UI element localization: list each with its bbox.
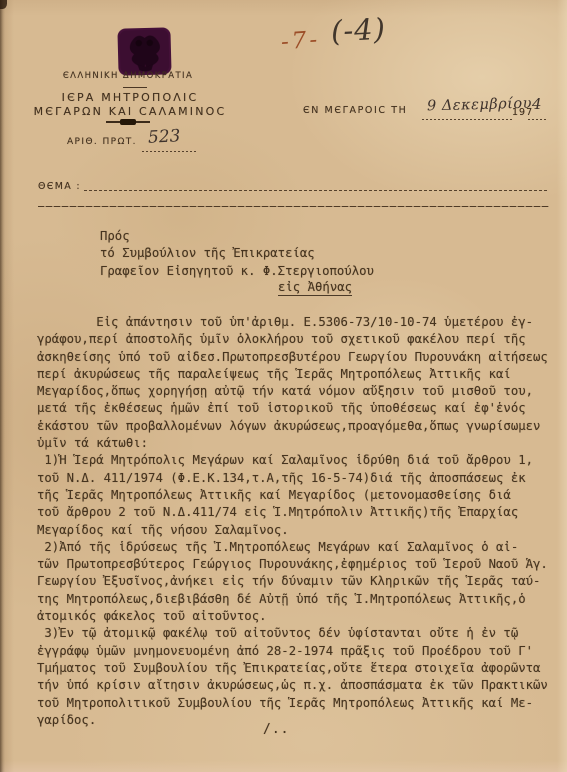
place-date-label: ЄΝ ΜЄΓΑΡΟΙC ΤΗ <box>303 105 407 116</box>
body-line: Μεγαρίδος,ὅπως χορηγήσῃ αὐτῷ τήν κατά νό… <box>37 383 561 400</box>
horizontal-rule <box>38 206 549 207</box>
body-line: τῆς Ἱερᾶς Μητροπόλεως Ἀττικῆς καί Μεγαρί… <box>37 487 561 504</box>
body-line: γράφου,περί ἀποστολῆς ὑμῖν ὁλοκλήρου τοῦ… <box>37 331 561 348</box>
body-line: περί ἀκυρώσεως τῆς παραλείψεως τῆς Ἱερᾶς… <box>37 366 561 383</box>
year-digit-handwritten: 4 <box>532 95 542 113</box>
body-line: της Μητροπόλεως,διεβιβάσθη δέ Αὐτῇ ὑπό τ… <box>37 591 561 608</box>
body-line: τοῦ ἄρθρου 2 τοῦ Ν.Δ.411/74 εἰς Ἱ.Μητρόπ… <box>37 504 561 521</box>
body-line: 3)Ἐν τῷ ἀτομικῷ φακέλῳ τοῦ αἰτοῦντος δέν… <box>37 625 561 642</box>
metropolis-title-line1: ΙЄΡΑ ΜΗΤΡΟΠΟΛΙC <box>38 91 222 104</box>
protocol-dotted-line <box>142 151 196 152</box>
recipient-line: τό Συμβούλιον τῆς Ἐπικρατείας <box>100 245 374 262</box>
recipient-city: εἰς Ἀθήνας <box>278 280 352 296</box>
body-line: ἐγγράφῳ ὑμῶν μνημονευομένη ἀπό 28-2-1974… <box>37 643 561 660</box>
recipient-line: Γραφεῖον Εἰσηγητοῦ κ. Φ.Στεργιοπούλου <box>100 263 374 280</box>
body-line: ὑμῖν τά κάτωθι: <box>37 435 561 452</box>
year-printed: 197 <box>512 107 533 118</box>
protocol-number-label: ΑΡΙΘ. ΠΡΩΤ. <box>67 137 137 147</box>
body-line: μετά τῆς ἐκθέσεως ἡμῶν ἐπί τοῦ ἱστορικοῦ… <box>37 400 561 417</box>
date-dotted-line <box>422 119 512 120</box>
body-line: τοῦ Μητροπολιτικοῦ Συμβουλίου τῆς Ἱερᾶς … <box>37 695 561 712</box>
body-line: τήν ὑπό κρίσιν αἴτησιν ἀκυρώσεως,ὡς π.χ.… <box>37 677 561 694</box>
body-line: Τμήματος τοῦ Συμβουλίου τῆς Ἐπικρατείας,… <box>37 660 561 677</box>
republic-title: ЄΛΛΗΝΙΚΗ ΔΗΜΟΚΡΑΤΙΑ <box>62 71 194 81</box>
body-line: Εἰς ἀπάντησιν τοῦ ὑπ'ἀριθμ. Ε.5306-73/10… <box>37 314 561 331</box>
recipient-line: Πρός <box>100 228 374 245</box>
subject-label: ΘЄΜΑ : <box>38 181 81 192</box>
year-underline <box>528 119 548 120</box>
body-line: Γεωργίου Ἐξυσῖνος,ἀνήκει εἰς τήν δύναμιν… <box>37 573 561 590</box>
body-text: Εἰς ἀπάντησιν τοῦ ὑπ'ἀριθμ. Ε.5306-73/10… <box>37 314 561 729</box>
recipient-block: Πρόςτό Συμβούλιον τῆς ἘπικρατείαςΓραφεῖο… <box>100 228 374 280</box>
subject-dotted-line <box>84 190 549 191</box>
page-number-red-pencil: -7- <box>280 27 321 56</box>
scan-edge-shadow <box>0 0 5 772</box>
body-line: τῶν Πρωτοπρεσβύτερος Γεώργιος Πυρουνάκης… <box>37 556 561 573</box>
scanned-letter-page: ЄΛΛΗΝΙΚΗ ΔΗΜΟΚΡΑΤΙΑ ΙЄΡΑ ΜΗΤΡΟΠΟΛΙC ΜЄΓΑ… <box>0 0 567 772</box>
body-line: γαρίδος. <box>37 712 561 729</box>
corner-scan-mark <box>0 0 7 9</box>
body-line: ἀτομικός φάκελος τοῦ αἰτοῦντος. <box>37 608 561 625</box>
letterhead-divider <box>123 87 147 88</box>
body-line: ἀσκηθείσης ὑπό τοῦ αἰδεσ.Πρωτοπρεσβυτέρο… <box>37 349 561 366</box>
underline-blob <box>120 119 136 125</box>
body-line: ἑκάστου τῶν προβαλλομένων λόγων ἀκυρώσεω… <box>37 418 561 435</box>
letterhead-underline <box>106 121 150 123</box>
protocol-number-handwritten: 523 <box>147 126 180 148</box>
body-line: 1)Ἡ Ἱερά Μητρόπολις Μεγάρων καί Σαλαμῖνο… <box>37 452 561 469</box>
page-number-pen: (-4) <box>330 12 387 49</box>
body-line: τοῦ Ν.Δ. 411/1974 (Φ.Ε.Κ.134,τ.Α,τῆς 16-… <box>37 470 561 487</box>
body-line: Μεγαρίδος καί τῆς νήσου Σαλαμῖνος. <box>37 522 561 539</box>
metropolis-title-line2: ΜЄΓΑΡΩΝ ΚΑΙ CΑΛΑΜΙΝΟC <box>22 105 238 118</box>
body-line: 2)Ἀπό τῆς ἱδρύσεως τῆς Ἱ.Μητροπόλεως Μεγ… <box>37 539 561 556</box>
continuation-mark: /.. <box>263 722 289 737</box>
